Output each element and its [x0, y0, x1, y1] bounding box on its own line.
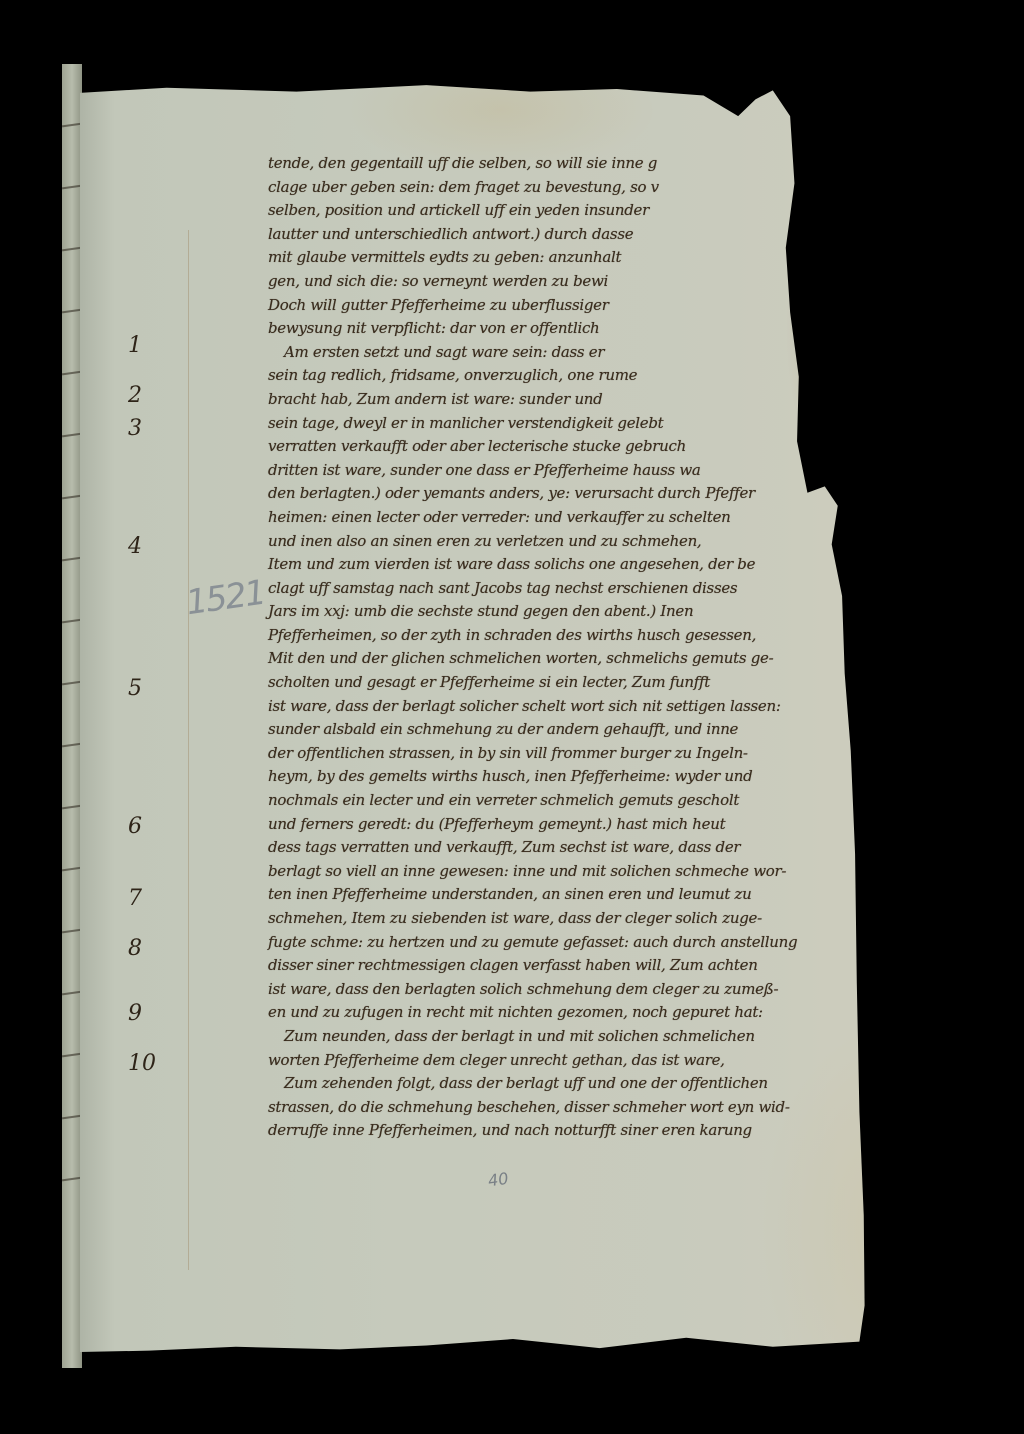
manuscript-line: clage uber geben sein: dem fraget zu bev… — [268, 176, 948, 200]
facing-page-ink-mark — [62, 929, 82, 934]
margin-number: 2 — [128, 383, 142, 408]
manuscript-line: und inen also an sinen eren zu verletzen… — [268, 530, 948, 554]
manuscript-line: strassen, do die schmehung beschehen, di… — [268, 1096, 948, 1120]
facing-page-edge — [62, 64, 82, 1368]
manuscript-line: der offentlichen strassen, in by sin vil… — [268, 742, 948, 766]
facing-page-ink-mark — [62, 991, 82, 996]
manuscript-line: sein tage, dweyl er in manlicher versten… — [268, 412, 948, 436]
margin-number: 7 — [128, 886, 142, 911]
facing-page-ink-mark — [62, 247, 82, 252]
facing-page-ink-mark — [62, 743, 82, 748]
manuscript-line: fugte schme: zu hertzen und zu gemute ge… — [268, 931, 948, 955]
manuscript-line: selben, position und artickell uff ein y… — [268, 199, 948, 223]
pencil-folio-number: 40 — [487, 1169, 510, 1191]
manuscript-line: Mit den und der glichen schmelichen wort… — [268, 647, 948, 671]
margin-number: 3 — [128, 416, 142, 441]
manuscript-line: den berlagten.) oder yemants anders, ye:… — [268, 482, 948, 506]
facing-page-ink-mark — [62, 1115, 82, 1120]
manuscript-line: en und zu zufugen in recht mit nichten g… — [268, 1001, 948, 1025]
manuscript-line: ist ware, dass den berlagten solich schm… — [268, 978, 948, 1002]
facing-page-ink-mark — [62, 619, 82, 624]
facing-page-ink-mark — [62, 123, 82, 128]
manuscript-text-block: tende, den gegentaill uff die selben, so… — [268, 152, 948, 1143]
manuscript-line: Doch will gutter Pfefferheime zu uberflu… — [268, 294, 948, 318]
margin-number: 10 — [128, 1051, 156, 1076]
manuscript-line: Am ersten setzt und sagt ware sein: dass… — [268, 341, 948, 365]
manuscript-line: dess tags verratten und verkaufft, Zum s… — [268, 836, 948, 860]
manuscript-line: sein tag redlich, fridsame, onverzuglich… — [268, 364, 948, 388]
manuscript-line: verratten verkaufft oder aber lecterisch… — [268, 435, 948, 459]
facing-page-ink-mark — [62, 1053, 82, 1058]
facing-page-ink-mark — [62, 495, 82, 500]
manuscript-line: disser siner rechtmessigen clagen verfas… — [268, 954, 948, 978]
manuscript-line: heym, by des gemelts wirths husch, inen … — [268, 765, 948, 789]
facing-page-ink-mark — [62, 681, 82, 686]
manuscript-line: clagt uff samstag nach sant Jacobs tag n… — [268, 577, 948, 601]
manuscript-line: mit glaube vermittels eydts zu geben: an… — [268, 246, 948, 270]
manuscript-line: derruffe inne Pfefferheimen, und nach no… — [268, 1119, 948, 1143]
manuscript-line: heimen: einen lecter oder verreder: und … — [268, 506, 948, 530]
margin-number: 5 — [128, 676, 142, 701]
manuscript-line: berlagt so viell an inne gewesen: inne u… — [268, 860, 948, 884]
facing-page-ink-mark — [62, 805, 82, 810]
manuscript-line: ist ware, dass der berlagt solicher sche… — [268, 695, 948, 719]
manuscript-line: scholten und gesagt er Pfefferheime si e… — [268, 671, 948, 695]
facing-page-ink-mark — [62, 1177, 82, 1182]
margin-number: 1 — [128, 333, 142, 358]
manuscript-line: ten inen Pfefferheime understanden, an s… — [268, 883, 948, 907]
manuscript-line: bewysung nit verpflicht: dar von er offe… — [268, 317, 948, 341]
manuscript-line: und ferners geredt: du (Pfefferheym geme… — [268, 813, 948, 837]
manuscript-line: schmehen, Item zu siebenden ist ware, da… — [268, 907, 948, 931]
manuscript-line: dritten ist ware, sunder one dass er Pfe… — [268, 459, 948, 483]
margin-number: 4 — [128, 534, 142, 559]
manuscript-line: gen, und sich die: so verneynt werden zu… — [268, 270, 948, 294]
manuscript-line: bracht hab, Zum andern ist ware: sunder … — [268, 388, 948, 412]
facing-page-ink-mark — [62, 867, 82, 872]
margin-number: 9 — [128, 1001, 142, 1026]
margin-fold-line — [188, 230, 189, 1270]
margin-number: 6 — [128, 814, 142, 839]
manuscript-line: Jars im xxj: umb die sechste stund gegen… — [268, 600, 948, 624]
facing-page-ink-mark — [62, 557, 82, 562]
manuscript-line: nochmals ein lecter und ein verreter sch… — [268, 789, 948, 813]
manuscript-line: Pfefferheimen, so der zyth in schraden d… — [268, 624, 948, 648]
facing-page-ink-mark — [62, 433, 82, 438]
manuscript-line: sunder alsbald ein schmehung zu der ande… — [268, 718, 948, 742]
margin-number: 8 — [128, 936, 142, 961]
manuscript-line: tende, den gegentaill uff die selben, so… — [268, 152, 948, 176]
manuscript-line: Zum neunden, dass der berlagt in und mit… — [268, 1025, 948, 1049]
manuscript-line: Zum zehenden folgt, dass der berlagt uff… — [268, 1072, 948, 1096]
facing-page-ink-mark — [62, 185, 82, 190]
manuscript-line: Item und zum vierden ist ware dass solic… — [268, 553, 948, 577]
facing-page-ink-mark — [62, 371, 82, 376]
facing-page-ink-mark — [62, 309, 82, 314]
manuscript-line: lautter und unterschiedlich antwort.) du… — [268, 223, 948, 247]
manuscript-line: worten Pfefferheime dem cleger unrecht g… — [268, 1049, 948, 1073]
